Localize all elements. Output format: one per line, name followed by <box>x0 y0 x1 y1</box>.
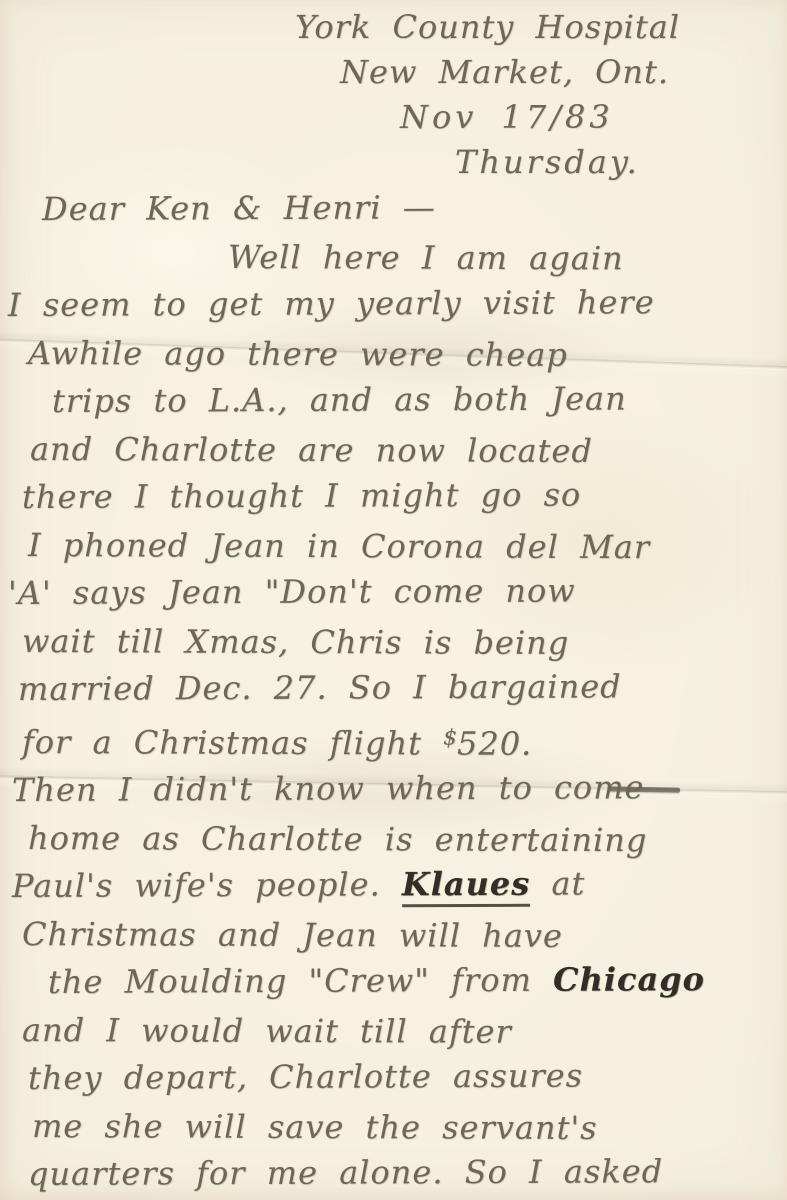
body-line: married Dec. 27. So I bargained <box>18 662 787 713</box>
body-line-flight-price: for a Christmas flight $520. <box>22 713 787 769</box>
letter-page: York County Hospital New Market, Ont. No… <box>0 0 787 1200</box>
letter-body: Dear Ken & Henri — Well here I am again … <box>0 185 787 1198</box>
header-weekday: Thursday. <box>455 140 787 185</box>
price-line-pre: for a Christmas flight <box>22 723 443 762</box>
header-date: Nov 17/83 <box>400 95 787 140</box>
body-line: 'A' says Jean "Don't come now <box>8 566 787 617</box>
body-line: there I thought I might go so <box>22 470 787 521</box>
klaues-line-pre: Paul's wife's people. <box>12 865 402 905</box>
body-line: quarters for me alone. So I asked <box>28 1147 787 1198</box>
body-line-klaues: Paul's wife's people. Klaues at <box>12 859 787 910</box>
body-line: I phoned Jean in Corona del Mar <box>28 521 787 572</box>
klaues-line-post: at <box>530 864 585 902</box>
letter-header: York County Hospital New Market, Ont. No… <box>0 5 787 185</box>
emphasized-word-chicago: Chicago <box>553 960 705 999</box>
body-line: I seem to get my yearly visit here <box>8 278 787 329</box>
price-line-post: 520. <box>457 725 532 763</box>
body-line: they depart, Charlotte assures <box>28 1051 787 1102</box>
body-line: Awhile ago there were cheap <box>28 329 787 380</box>
body-line: trips to L.A., and as both Jean <box>52 374 787 425</box>
body-line: Then I didn't know when to come <box>12 763 787 814</box>
body-line: Christmas and Jean will have <box>22 910 787 961</box>
body-line-chicago: the Moulding "Crew" from Chicago <box>48 955 787 1006</box>
salutation-line: Dear Ken & Henri — <box>42 182 787 233</box>
body-line: me she will save the servant's <box>32 1102 787 1153</box>
body-line: home as Charlotte is entertaining <box>28 814 787 865</box>
header-city: New Market, Ont. <box>340 50 787 95</box>
body-line: wait till Xmas, Chris is being <box>22 617 787 668</box>
opening-line: Well here I am again <box>228 233 787 283</box>
chicago-line-pre: the Moulding "Crew" from <box>48 961 553 1001</box>
dollar-sign-superscript: $ <box>443 725 457 750</box>
emphasized-word-klaues: Klaues <box>402 865 531 908</box>
body-line: and I would wait till after <box>22 1006 787 1057</box>
body-line: and Charlotte are now located <box>30 425 787 476</box>
header-hospital: York County Hospital <box>295 5 787 50</box>
letter-content: York County Hospital New Market, Ont. No… <box>0 0 787 1200</box>
